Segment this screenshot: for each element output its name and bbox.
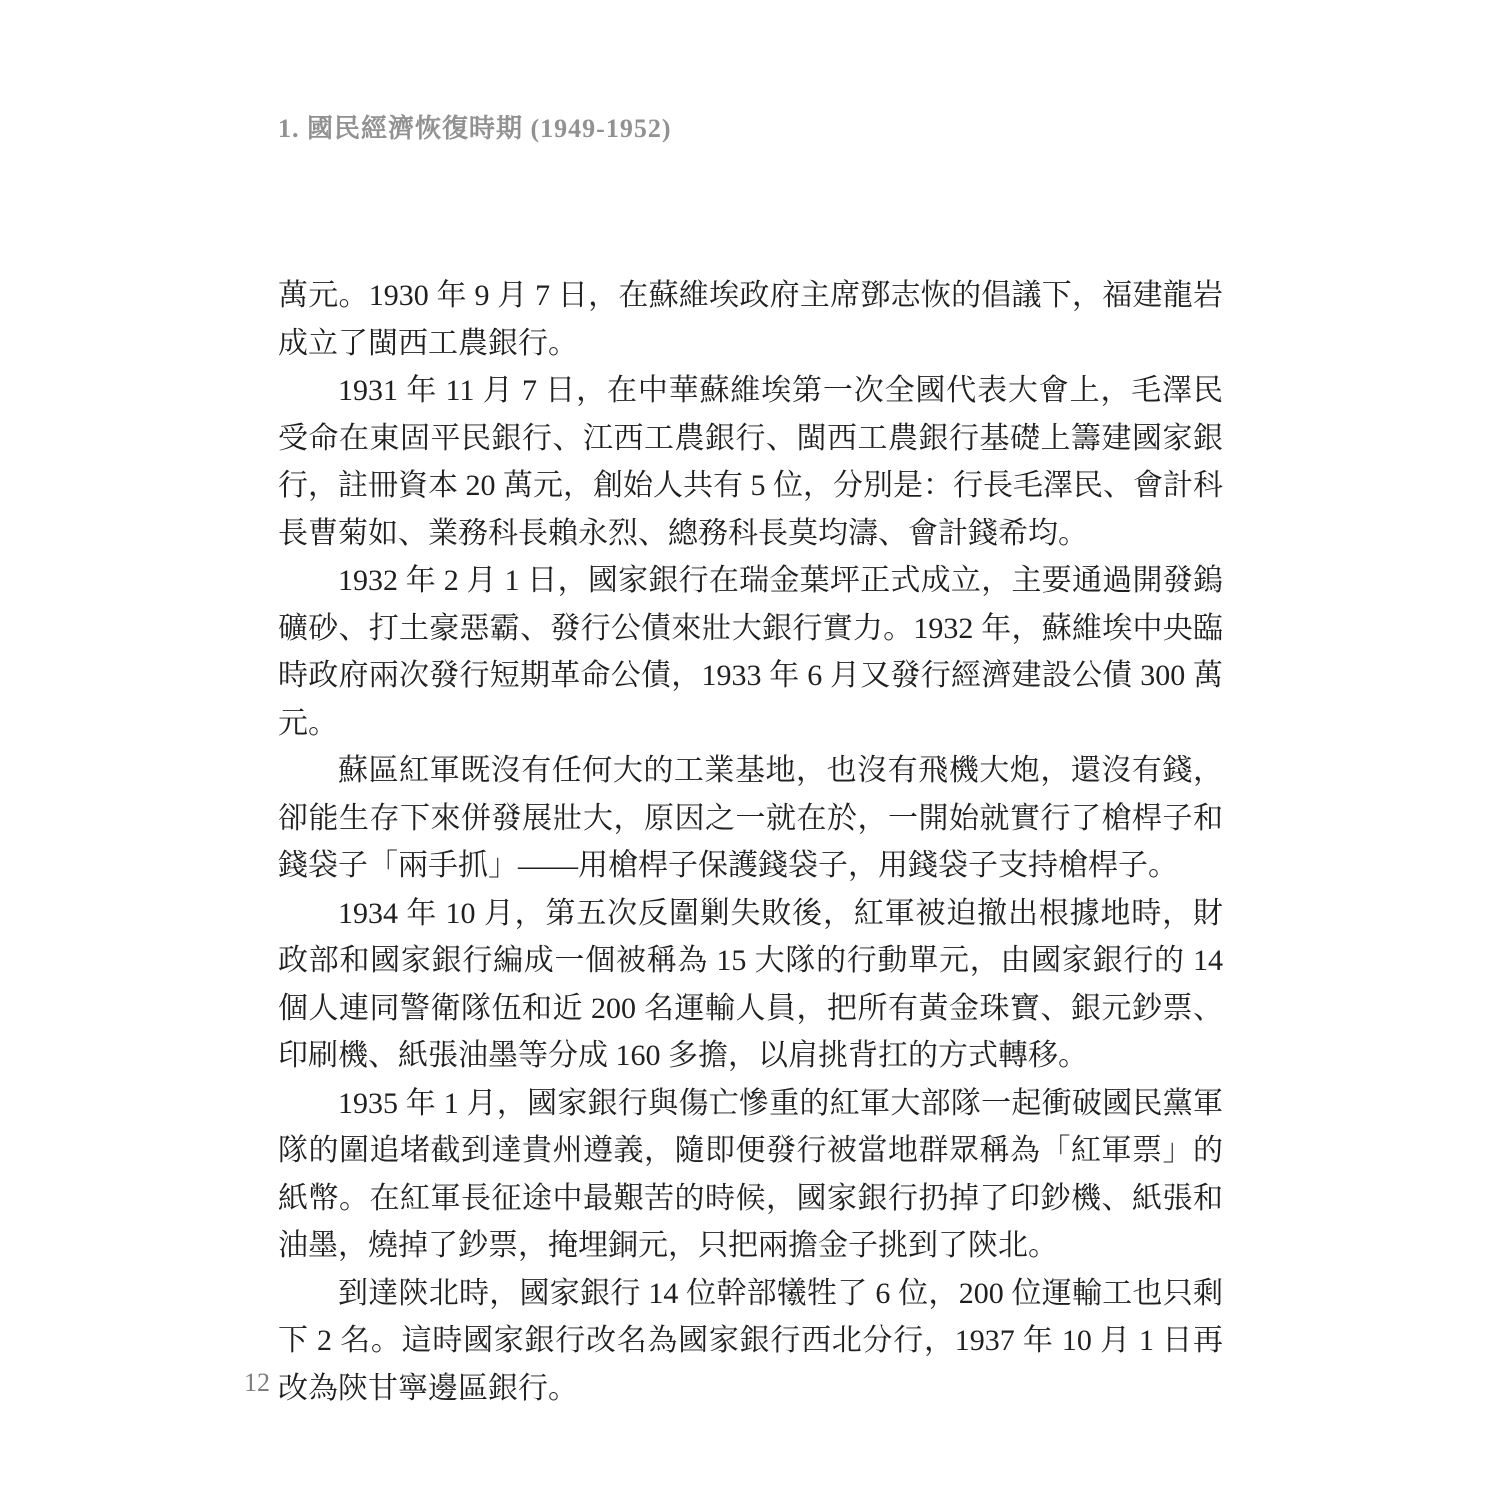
paragraph: 1931 年 11 月 7 日，在中華蘇維埃第一次全國代表大會上，毛澤民受命在東…	[278, 367, 1223, 557]
chapter-header: 1. 國民經濟恢復時期 (1949-1952)	[278, 112, 1178, 146]
book-page: 1. 國民經濟恢復時期 (1949-1952) 萬元。1930 年 9 月 7 …	[0, 0, 1500, 1500]
paragraph: 到達陝北時，國家銀行 14 位幹部犧牲了 6 位，200 位運輸工也只剩下 2 …	[278, 1270, 1223, 1413]
paragraph: 1932 年 2 月 1 日，國家銀行在瑞金葉坪正式成立，主要通過開發鎢礦砂、打…	[278, 557, 1223, 747]
paragraph: 萬元。1930 年 9 月 7 日，在蘇維埃政府主席鄧志恢的倡議下，福建龍岩成立…	[278, 272, 1223, 367]
paragraph: 蘇區紅軍既沒有任何大的工業基地，也沒有飛機大炮，還沒有錢，卻能生存下來併發展壯大…	[278, 747, 1223, 890]
body-text: 萬元。1930 年 9 月 7 日，在蘇維埃政府主席鄧志恢的倡議下，福建龍岩成立…	[278, 272, 1223, 1412]
paragraph: 1934 年 10 月，第五次反圍剿失敗後，紅軍被迫撤出根據地時，財政部和國家銀…	[278, 890, 1223, 1080]
page-number: 12	[244, 1368, 270, 1398]
paragraph: 1935 年 1 月，國家銀行與傷亡慘重的紅軍大部隊一起衝破國民黨軍隊的圍追堵截…	[278, 1080, 1223, 1270]
